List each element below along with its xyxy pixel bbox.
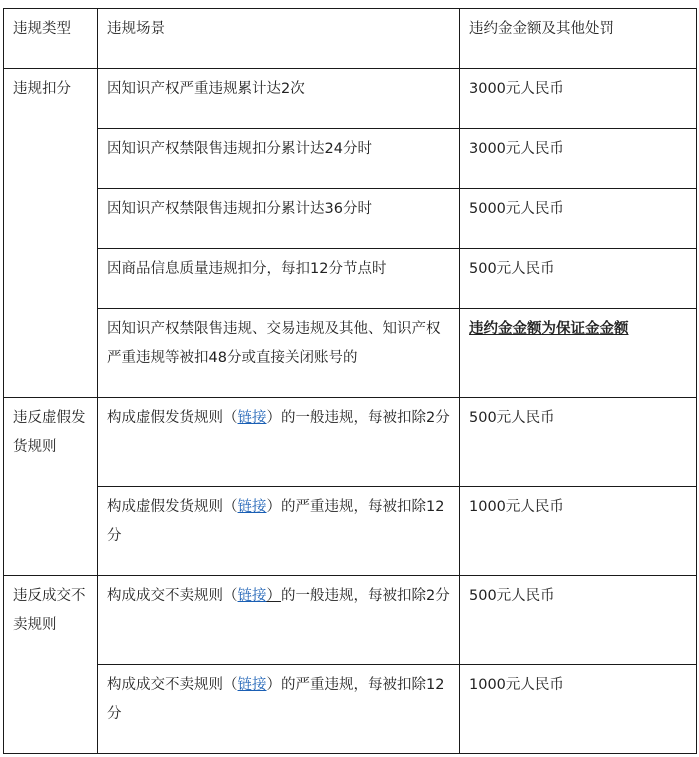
penalty-cell: 违约金金额为保证金金额 — [460, 309, 697, 398]
scenario-text-post: 的一般违规，每被扣除2分 — [281, 588, 450, 604]
penalty-cell: 500元人民币 — [460, 576, 697, 665]
table-row: 因知识产权禁限售违规扣分累计达24分时 3000元人民币 — [4, 129, 697, 189]
scenario-cell: 构成虚假发货规则（链接）的一般违规，每被扣除2分 — [98, 398, 460, 487]
scenario-text-pre: 构成虚假发货规则（ — [107, 499, 238, 515]
scenario-cell: 构成虚假发货规则（链接）的严重违规，每被扣除12分 — [98, 487, 460, 576]
penalty-cell: 5000元人民币 — [460, 189, 697, 249]
scenario-text-pre: 构成成交不卖规则（ — [107, 588, 238, 604]
penalty-cell: 1000元人民币 — [460, 487, 697, 576]
scenario-text-pre: 构成成交不卖规则（ — [107, 677, 238, 693]
rule-link[interactable]: 链接 — [238, 677, 267, 693]
rule-link[interactable]: 链接 — [238, 410, 267, 426]
header-type: 违规类型 — [4, 9, 98, 69]
rule-link[interactable]: 链接 — [238, 588, 267, 604]
violation-penalty-table: 违规类型 违规场景 违约金金额及其他处罚 违规扣分 因知识产权严重违规累计达2次… — [3, 8, 697, 754]
penalty-cell: 500元人民币 — [460, 398, 697, 487]
header-scenario: 违规场景 — [98, 9, 460, 69]
deposit-amount-note: 违约金金额为保证金金额 — [469, 321, 629, 337]
scenario-cell: 构成成交不卖规则（链接）的严重违规，每被扣除12分 — [98, 665, 460, 754]
table-row: 构成成交不卖规则（链接）的严重违规，每被扣除12分 1000元人民币 — [4, 665, 697, 754]
table-row: 因知识产权禁限售违规、交易违规及其他、知识产权严重违规等被扣48分或直接关闭账号… — [4, 309, 697, 398]
scenario-cell: 构成成交不卖规则（链接）的一般违规，每被扣除2分 — [98, 576, 460, 665]
penalty-cell: 3000元人民币 — [460, 69, 697, 129]
violation-type-cell: 违规扣分 — [4, 69, 98, 398]
scenario-text-mid: ） — [267, 588, 282, 604]
table-row: 因商品信息质量违规扣分，每扣12分节点时 500元人民币 — [4, 249, 697, 309]
penalty-cell: 500元人民币 — [460, 249, 697, 309]
scenario-cell: 因知识产权禁限售违规扣分累计达24分时 — [98, 129, 460, 189]
header-row: 违规类型 违规场景 违约金金额及其他处罚 — [4, 9, 697, 69]
penalty-cell: 1000元人民币 — [460, 665, 697, 754]
table-row: 违规扣分 因知识产权严重违规累计达2次 3000元人民币 — [4, 69, 697, 129]
table-row: 构成虚假发货规则（链接）的严重违规，每被扣除12分 1000元人民币 — [4, 487, 697, 576]
table-row: 因知识产权禁限售违规扣分累计达36分时 5000元人民币 — [4, 189, 697, 249]
scenario-cell: 因知识产权禁限售违规、交易违规及其他、知识产权严重违规等被扣48分或直接关闭账号… — [98, 309, 460, 398]
table-row: 违反虚假发货规则 构成虚假发货规则（链接）的一般违规，每被扣除2分 500元人民… — [4, 398, 697, 487]
scenario-cell: 因商品信息质量违规扣分，每扣12分节点时 — [98, 249, 460, 309]
scenario-cell: 因知识产权严重违规累计达2次 — [98, 69, 460, 129]
penalty-cell: 3000元人民币 — [460, 129, 697, 189]
scenario-text-pre: 构成虚假发货规则（ — [107, 410, 238, 426]
violation-type-cell: 违反成交不卖规则 — [4, 576, 98, 754]
scenario-cell: 因知识产权禁限售违规扣分累计达36分时 — [98, 189, 460, 249]
header-penalty: 违约金金额及其他处罚 — [460, 9, 697, 69]
table-row: 违反成交不卖规则 构成成交不卖规则（链接）的一般违规，每被扣除2分 500元人民… — [4, 576, 697, 665]
violation-type-cell: 违反虚假发货规则 — [4, 398, 98, 576]
scenario-text-post: ）的一般违规，每被扣除2分 — [267, 410, 450, 426]
rule-link[interactable]: 链接 — [238, 499, 267, 515]
